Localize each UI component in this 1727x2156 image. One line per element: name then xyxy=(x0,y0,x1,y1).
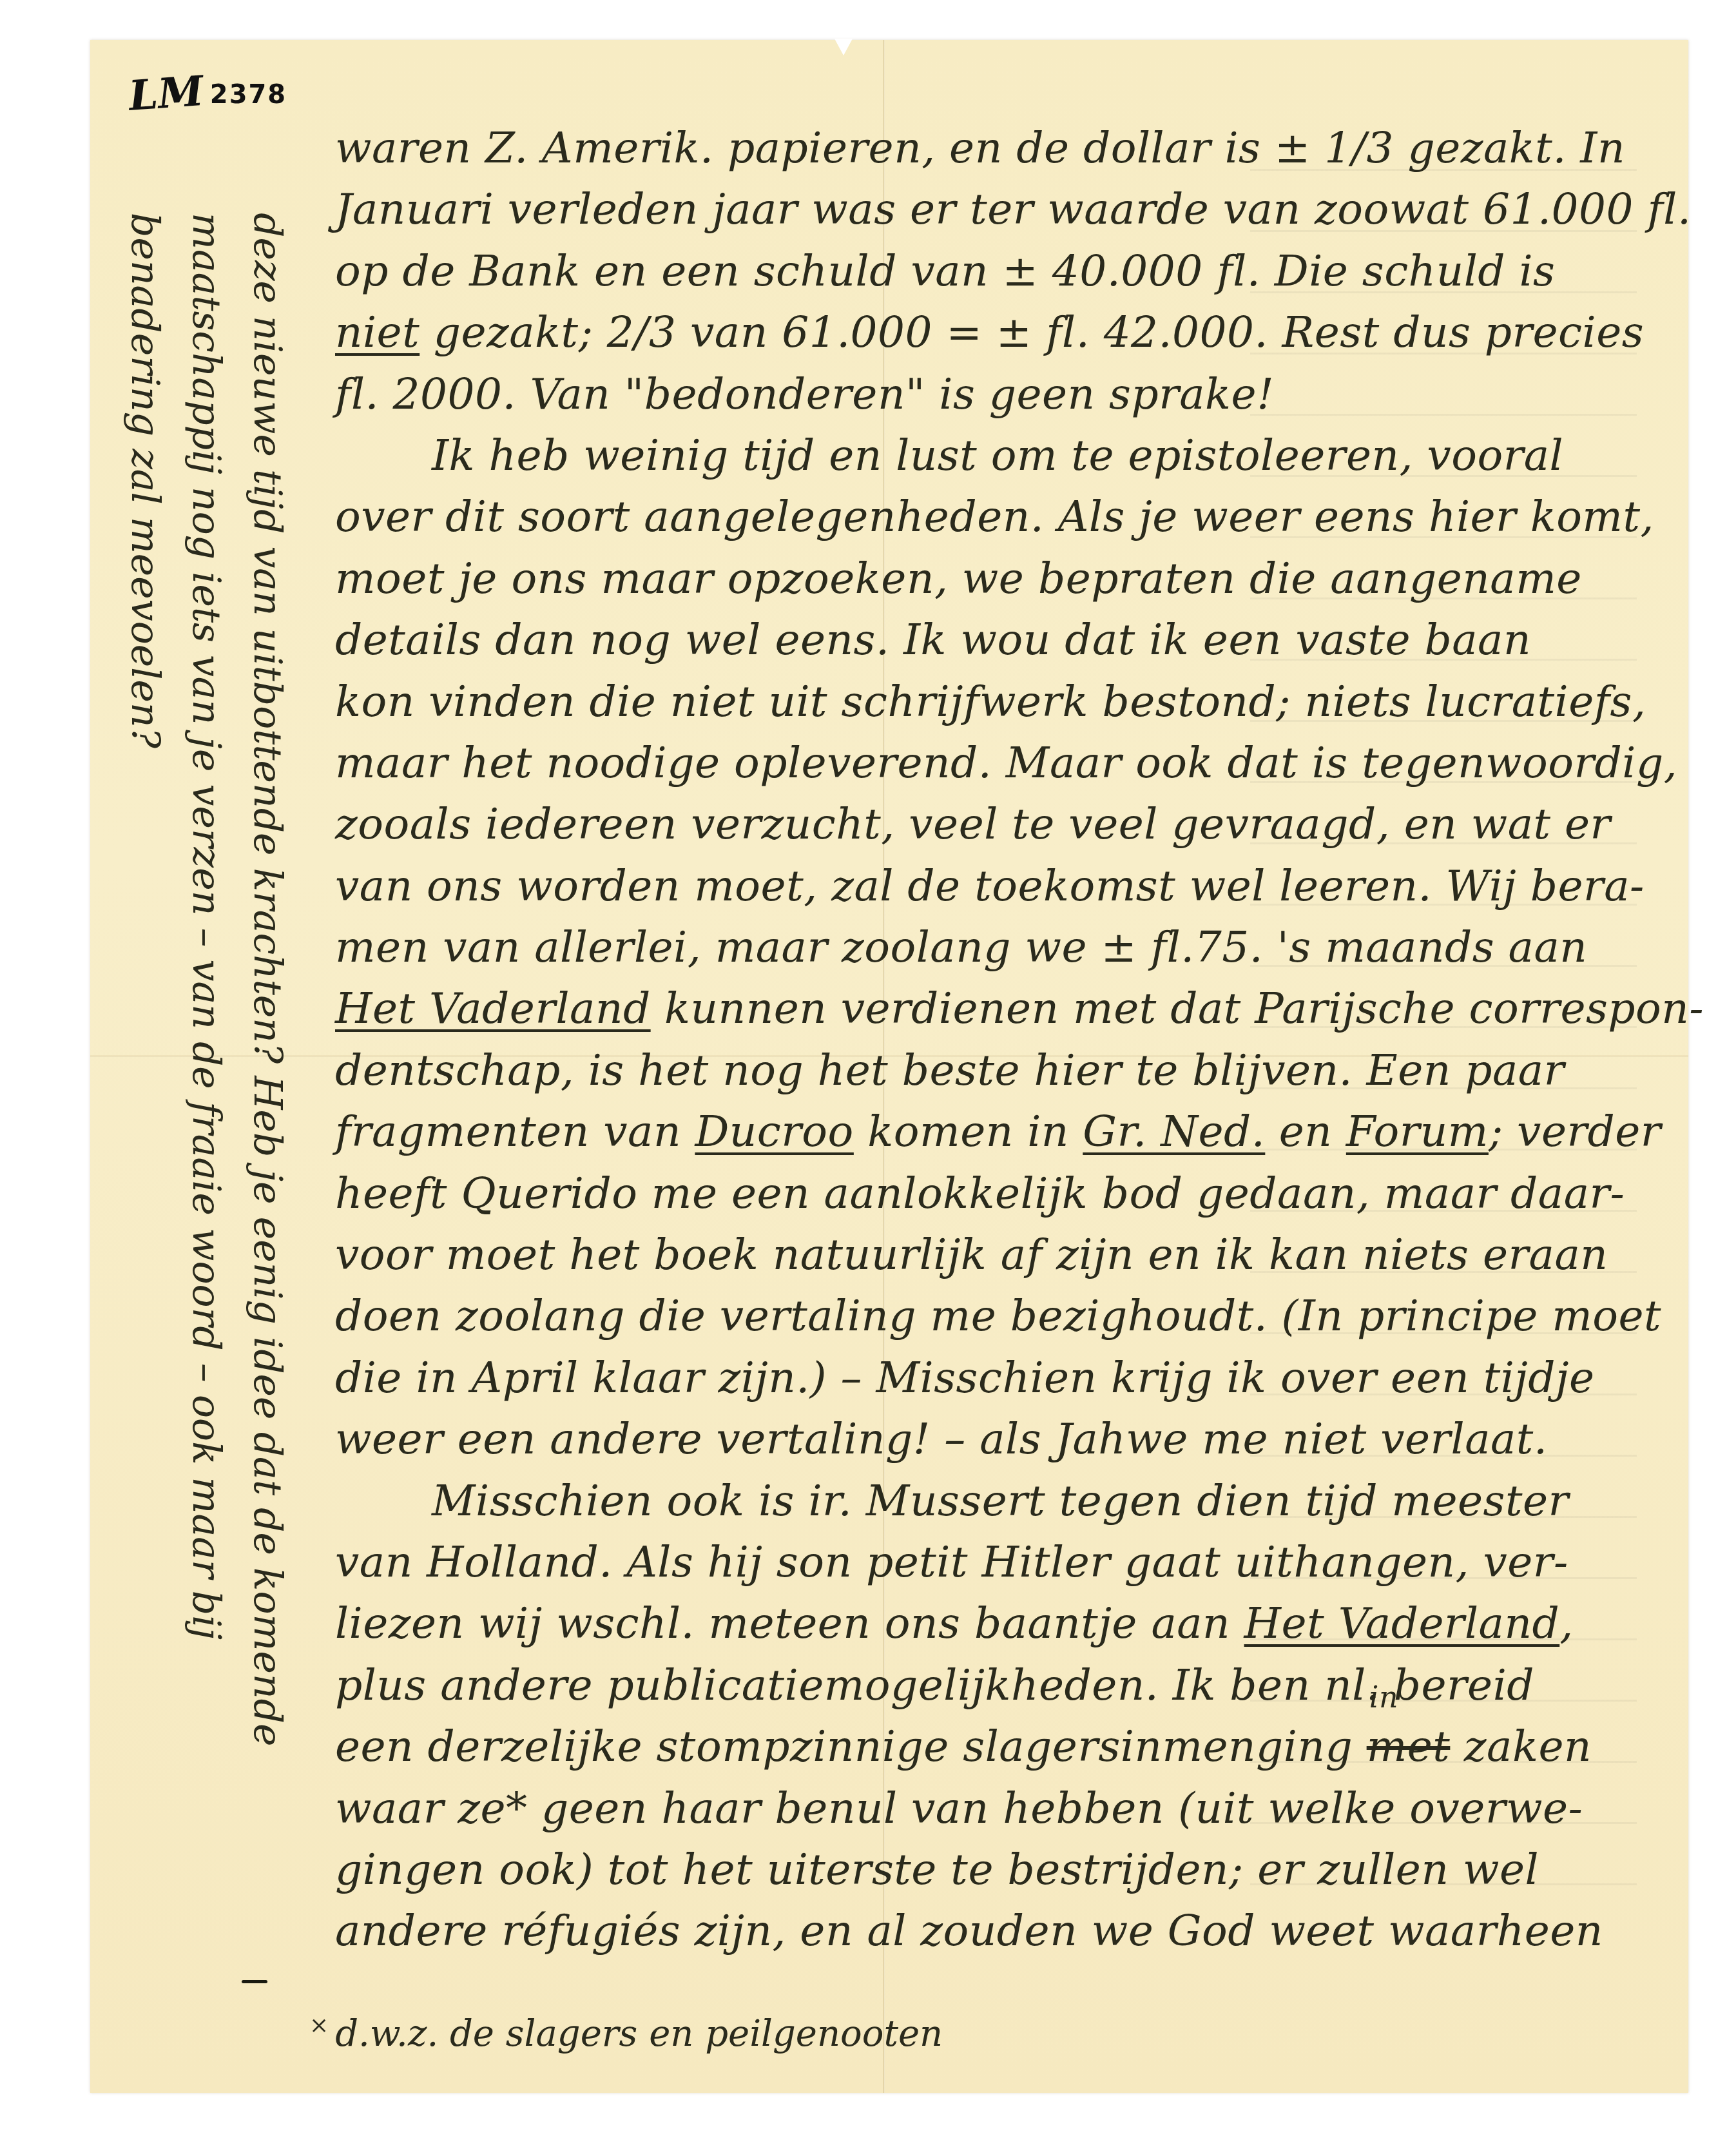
letter-line: men van allerlei, maar zoolang we ± fl.7… xyxy=(335,917,1656,978)
handwritten-correction: metin xyxy=(1367,1716,1451,1777)
underlined-word: niet xyxy=(335,307,420,357)
footnote-mark-icon: × xyxy=(309,2012,329,2039)
letter-line: zooals iedereen verzucht, veel te veel g… xyxy=(335,793,1656,855)
margin-note-line: maatschappij nog iets van je verzen – va… xyxy=(175,213,236,1824)
line-segment: fragmenten van xyxy=(335,1107,695,1156)
letter-line: Het Vaderland kunnen verdienen met dat P… xyxy=(335,978,1656,1039)
archive-monogram-icon: LM xyxy=(128,71,205,117)
letter-line: Januari verleden jaar was er ter waarde … xyxy=(335,179,1656,240)
underlined-word: Het Vaderland xyxy=(335,984,651,1033)
letter-line: Ik heb weinig tijd en lust om te epistol… xyxy=(335,425,1656,486)
underlined-title: Forum xyxy=(1346,1107,1489,1156)
letter-line: plus andere publicatiemogelijkheden. Ik … xyxy=(335,1655,1656,1716)
line-segment: een derzelijke stompzinnige slagersinmen… xyxy=(335,1722,1367,1771)
margin-note: deze nieuwe tijd van uitbottende krachte… xyxy=(114,213,298,1824)
footnote: ×d.w.z. de slagers en peilgenooten xyxy=(309,2012,943,2055)
line-segment: gezakt; 2/3 van 61.000 = ± fl. 42.000. R… xyxy=(420,307,1644,357)
letter-line: kon vinden die niet uit schrijfwerk best… xyxy=(335,671,1656,732)
line-segment: , xyxy=(1559,1598,1573,1648)
paper-tear-notch xyxy=(835,39,853,55)
letter-line: details dan nog wel eens. Ik wou dat ik … xyxy=(335,609,1656,670)
letter-line: weer een andere vertaling! – als Jahwe m… xyxy=(335,1408,1656,1470)
letter-line: op de Bank en een schuld van ± 40.000 fl… xyxy=(335,240,1656,302)
line-segment: komen in xyxy=(854,1107,1083,1156)
archive-number: 2378 xyxy=(210,80,287,110)
letter-line: Misschien ook is ir. Mussert tegen dien … xyxy=(335,1470,1656,1531)
line-segment: kunnen verdienen met dat Parijsche corre… xyxy=(651,984,1704,1033)
inserted-word: in xyxy=(1369,1682,1398,1712)
archive-stamp: LM 2378 xyxy=(129,73,287,115)
letter-line: andere réfugiés zijn, en al zouden we Go… xyxy=(335,1900,1656,1961)
letter-line: fl. 2000. Van "bedonderen" is geen sprak… xyxy=(335,364,1656,425)
underlined-title: Ducroo xyxy=(695,1107,853,1156)
underlined-title: Gr. Ned. xyxy=(1083,1107,1265,1156)
underlined-word: Het Vaderland xyxy=(1244,1598,1560,1648)
letter-body: waren Z. Amerik. papieren, en de dollar … xyxy=(335,117,1656,1962)
letter-line: heeft Querido me een aanlokkelijk bod ge… xyxy=(335,1163,1656,1224)
line-segment: liezen wij wschl. meteen ons baantje aan xyxy=(335,1598,1244,1648)
letter-line: over dit soort aangelegenheden. Als je w… xyxy=(335,486,1656,547)
margin-note-line: deze nieuwe tijd van uitbottende krachte… xyxy=(236,213,298,1824)
footnote-separator xyxy=(242,1980,267,1983)
letter-line: waren Z. Amerik. papieren, en de dollar … xyxy=(335,117,1656,179)
struck-word: met xyxy=(1367,1722,1451,1771)
footnote-text: d.w.z. de slagers en peilgenooten xyxy=(335,2013,943,2055)
margin-note-line: benadering zal meevoelen? xyxy=(114,213,175,1824)
letter-line: gingen ook) tot het uiterste te bestrijd… xyxy=(335,1839,1656,1900)
letter-line: moet je ons maar opzoeken, we bepraten d… xyxy=(335,548,1656,609)
letter-line: niet gezakt; 2/3 van 61.000 = ± fl. 42.0… xyxy=(335,302,1656,363)
letter-line: een derzelijke stompzinnige slagersinmen… xyxy=(335,1716,1656,1777)
letter-line: die in April klaar zijn.) – Misschien kr… xyxy=(335,1347,1656,1408)
letter-page: LM 2378 deze nieuwe tijd van uitbottende… xyxy=(90,40,1688,2093)
letter-line: dentschap, is het nog het beste hier te … xyxy=(335,1040,1656,1101)
letter-line: maar het noodige opleverend. Maar ook da… xyxy=(335,732,1656,793)
letter-line: van Holland. Als hij son petit Hitler ga… xyxy=(335,1531,1656,1593)
letter-line: van ons worden moet, zal de toekomst wel… xyxy=(335,855,1656,917)
letter-line: liezen wij wschl. meteen ons baantje aan… xyxy=(335,1593,1656,1654)
line-segment: en xyxy=(1265,1107,1346,1156)
letter-line: waar ze* geen haar benul van hebben (uit… xyxy=(335,1778,1656,1839)
line-segment: ; verder xyxy=(1489,1107,1661,1156)
letter-line: doen zoolang die vertaling me bezighoudt… xyxy=(335,1285,1656,1346)
letter-line: fragmenten van Ducroo komen in Gr. Ned. … xyxy=(335,1101,1656,1162)
letter-line: voor moet het boek natuurlijk af zijn en… xyxy=(335,1224,1656,1285)
line-segment: zaken xyxy=(1450,1722,1592,1771)
